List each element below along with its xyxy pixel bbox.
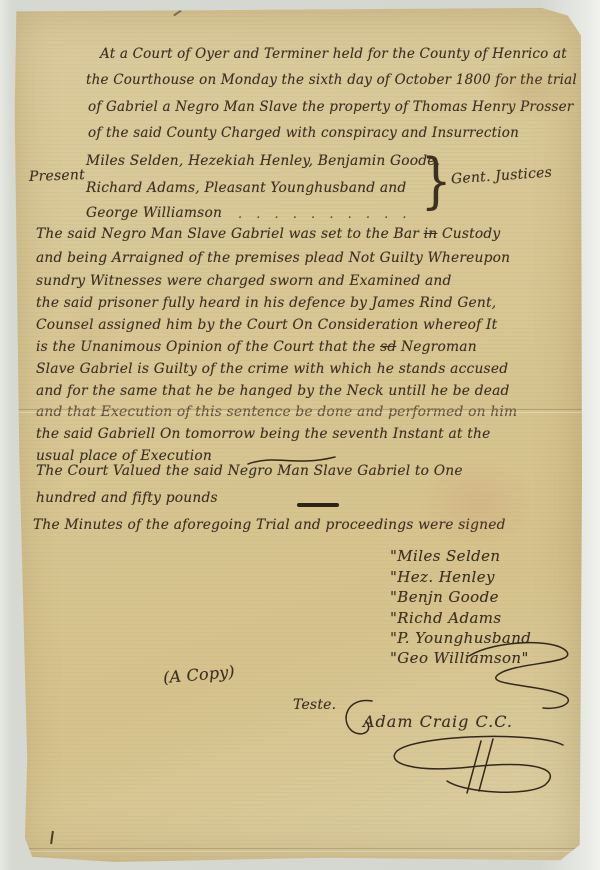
copy-note: (A Copy) bbox=[162, 662, 235, 687]
present-label: Present bbox=[29, 167, 85, 185]
body-line: and for the same that he be hanged by th… bbox=[36, 383, 510, 399]
fold-crease bbox=[13, 848, 582, 852]
signature: "Miles Selden bbox=[390, 547, 501, 565]
justices-line: Miles Selden, Hezekiah Henley, Benjamin … bbox=[86, 153, 440, 169]
minutes-line: The Minutes of the aforegoing Trial and … bbox=[33, 517, 506, 533]
body-line: and being Arraigned of the premises plea… bbox=[36, 250, 510, 266]
struck-word: in bbox=[424, 226, 438, 242]
heading-line: the Courthouse on Monday the sixth day o… bbox=[86, 72, 577, 88]
struck-word: sd bbox=[380, 339, 396, 355]
signature: "Richd Adams bbox=[390, 609, 502, 627]
teste-label: Teste. bbox=[293, 697, 336, 713]
body-line: usual place of Execution bbox=[36, 448, 212, 464]
valuation-line: The Court Valued the said Negro Man Slav… bbox=[36, 463, 463, 479]
body-text: Negroman bbox=[401, 339, 477, 355]
signature: "Hez. Henley bbox=[390, 568, 495, 586]
body-line: Counsel assigned him by the Court On Con… bbox=[36, 317, 497, 333]
heading-line: of the said County Charged with conspira… bbox=[88, 125, 519, 141]
body-text: Custody bbox=[442, 226, 500, 242]
heading-line: of Gabriel a Negro Man Slave the propert… bbox=[88, 99, 573, 115]
justices-line: Richard Adams, Pleasant Younghusband and bbox=[86, 180, 406, 196]
body-line: sundry Witnesses were charged sworn and … bbox=[36, 273, 452, 289]
manuscript-paper: At a Court of Oyer and Terminer held for… bbox=[13, 8, 582, 862]
clerk-signature: Adam Craig C.C. bbox=[363, 712, 513, 731]
body-line: The said Negro Man Slave Gabriel was set… bbox=[36, 226, 500, 242]
pen-tick bbox=[173, 10, 182, 17]
scanned-page: { "colors": { "background": "#d6d8d2", "… bbox=[0, 0, 600, 870]
justices-brace: } bbox=[421, 146, 452, 216]
ditto-dots: . . . . . . . . . . bbox=[238, 207, 412, 222]
body-line: the said prisoner fully heard in his def… bbox=[36, 295, 496, 311]
body-text: is the Unanimous Opinion of the Court th… bbox=[36, 339, 376, 355]
body-line: is the Unanimous Opinion of the Court th… bbox=[36, 339, 477, 355]
justices-brace-label: Gent. Justices bbox=[451, 164, 553, 187]
valuation-line: hundred and fifty pounds bbox=[36, 490, 218, 506]
justices-line: George Williamson bbox=[86, 205, 222, 221]
clerk-flourish bbox=[385, 735, 570, 800]
heading-line: At a Court of Oyer and Terminer held for… bbox=[100, 46, 567, 62]
pen-tick bbox=[50, 831, 54, 844]
signature-flourish bbox=[465, 638, 577, 713]
fold-crease bbox=[13, 409, 582, 413]
heavy-dash bbox=[297, 503, 339, 507]
body-line: Slave Gabriel is Guilty of the crime wit… bbox=[36, 361, 508, 377]
signature: "Benjn Goode bbox=[390, 588, 499, 606]
body-line: the said Gabriell On tomorrow being the … bbox=[36, 426, 490, 442]
body-text: The said Negro Man Slave Gabriel was set… bbox=[36, 226, 419, 242]
